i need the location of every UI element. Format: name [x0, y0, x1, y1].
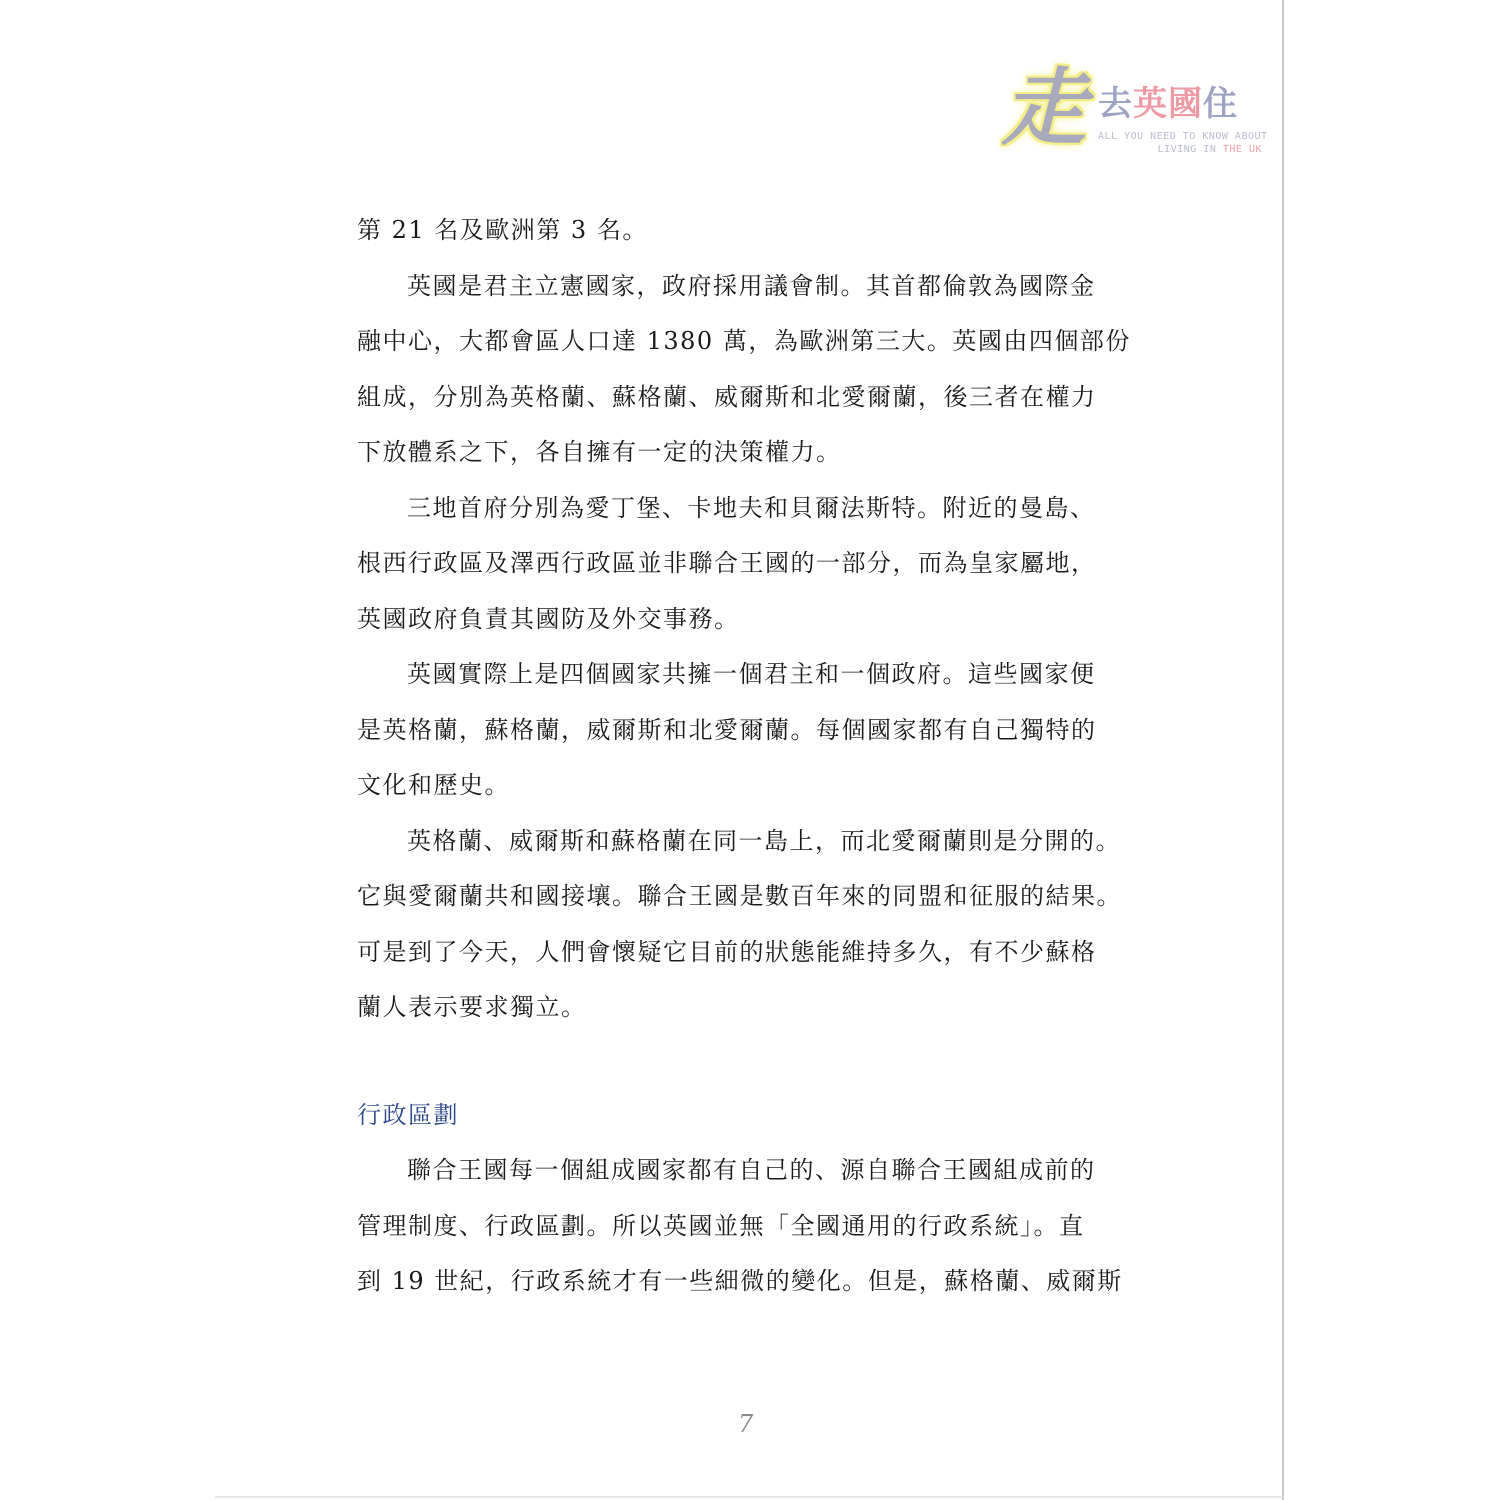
- text-line: 到 19 世紀，行政系統才有一些細微的變化。但是，蘇格蘭、威爾斯: [357, 1254, 1147, 1310]
- text-line: 可是到了今天，人們會懷疑它目前的狀態能維持多久，有不少蘇格: [357, 925, 1147, 981]
- text-line: 組成，分別為英格蘭、蘇格蘭、威爾斯和北愛爾蘭，後三者在權力: [357, 370, 1147, 426]
- logo-char: 國: [1168, 84, 1203, 124]
- logo-char: 英: [1133, 84, 1168, 124]
- logo-tagline-1: ALL YOU NEED TO KNOW ABOUT: [1098, 131, 1268, 142]
- logo-char: 住: [1203, 84, 1238, 124]
- text-line: 三地首府分別為愛丁堡、卡地夫和貝爾法斯特。附近的曼島、: [357, 481, 1147, 537]
- body-text: 第 21 名及歐洲第 3 名。英國是君主立憲國家，政府採用議會制。其首都倫敦為國…: [357, 203, 1147, 1036]
- text-line: 英國實際上是四個國家共擁一個君主和一個政府。這些國家便: [357, 647, 1147, 703]
- text-line: 文化和歷史。: [357, 758, 1147, 814]
- text-line: 英國是君主立憲國家，政府採用議會制。其首都倫敦為國際金: [357, 259, 1147, 315]
- text-line: 融中心，大都會區人口達 1380 萬，為歐洲第三大。英國由四個部份: [357, 314, 1147, 370]
- text-line: 根西行政區及澤西行政區並非聯合王國的一部分，而為皇家屬地，: [357, 536, 1147, 592]
- logo-tagline-highlight: THE UK: [1223, 144, 1262, 155]
- text-line: 管理制度、行政區劃。所以英國並無「全國通用的行政系統」。直: [357, 1199, 1147, 1255]
- logo-tagline-2: LIVING IN THE UK: [1158, 144, 1262, 155]
- logo-title: 去英國住: [1098, 84, 1238, 124]
- brand-logo: 走 去英國住 ALL YOU NEED TO KNOW ABOUT LIVING…: [998, 60, 1268, 160]
- page-right-edge: [1282, 0, 1284, 1500]
- page-bottom-edge: [215, 1496, 1283, 1498]
- text-line: 聯合王國每一個組成國家都有自己的、源自聯合王國組成前的: [357, 1143, 1147, 1199]
- logo-char: 去: [1098, 84, 1133, 124]
- logo-tagline-prefix: LIVING IN: [1158, 144, 1223, 155]
- section-heading: 行政區劃: [357, 1088, 459, 1143]
- text-line: 下放體系之下，各自擁有一定的決策權力。: [357, 425, 1147, 481]
- text-line: 英格蘭、威爾斯和蘇格蘭在同一島上，而北愛爾蘭則是分開的。: [357, 814, 1147, 870]
- page-number: 7: [738, 1410, 753, 1438]
- section-body-text: 聯合王國每一個組成國家都有自己的、源自聯合王國組成前的管理制度、行政區劃。所以英…: [357, 1143, 1147, 1310]
- logo-main-char: 走: [1002, 62, 1086, 154]
- text-line: 英國政府負責其國防及外交事務。: [357, 592, 1147, 648]
- text-line: 蘭人表示要求獨立。: [357, 980, 1147, 1036]
- text-line: 是英格蘭，蘇格蘭，威爾斯和北愛爾蘭。每個國家都有自己獨特的: [357, 703, 1147, 759]
- text-line: 它與愛爾蘭共和國接壤。聯合王國是數百年來的同盟和征服的結果。: [357, 869, 1147, 925]
- text-line: 第 21 名及歐洲第 3 名。: [357, 203, 1147, 259]
